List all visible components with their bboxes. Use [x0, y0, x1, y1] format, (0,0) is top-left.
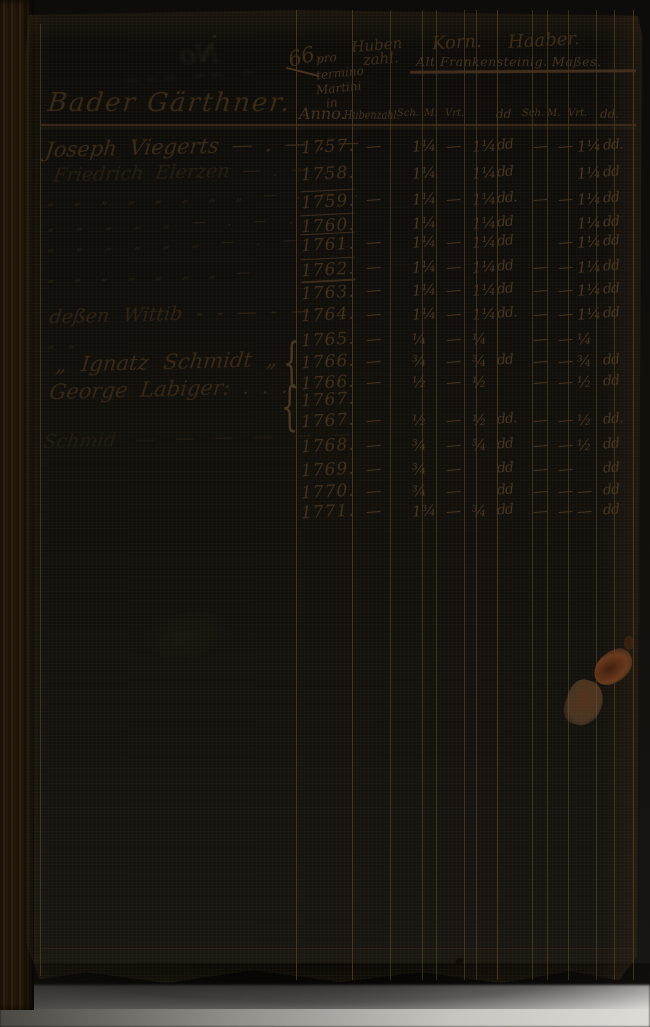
ledger-cell: — — [557, 351, 573, 370]
ledger-cell: ½ — [411, 411, 427, 430]
subcolumn-header: Sch. — [397, 108, 419, 119]
ledger-cell: — — [365, 351, 381, 370]
ledger-cell: dd — [496, 435, 513, 452]
ledger-cell: dd — [602, 280, 619, 297]
ledger-cell: dd — [496, 280, 513, 297]
ledger-cell: ¼ — [576, 330, 592, 349]
ledger-cell: dd — [496, 501, 513, 518]
ledger-cell: — — [557, 459, 573, 478]
ledger-cell: — — [365, 410, 381, 429]
year-value: 1767. — [301, 389, 356, 412]
table-row: 1769.—¾—dd——dd — [0, 460, 650, 484]
ledger-cell: — — [576, 501, 592, 520]
ledger-cell: ¾ — [411, 460, 427, 479]
ledger-cell: ¾ — [471, 436, 487, 455]
ledger-cell: 1¼ — [471, 304, 496, 324]
ledger-cell: — — [445, 136, 461, 155]
ledger-cell: — — [532, 459, 548, 478]
ledger-cell: — — [557, 410, 573, 429]
page-content: No ~ ~~ ~~~ 66. proterminoMartiniin Hube… — [0, 0, 650, 1027]
ledger-cell: dd — [496, 232, 513, 249]
ledger-cell: — — [445, 501, 461, 520]
term-note-line: Martini — [315, 80, 361, 97]
ledger-cell: — — [365, 257, 381, 276]
ledger-cell: 1¼ — [471, 163, 496, 183]
ledger-cell: — — [365, 435, 381, 454]
ledger-cell: — — [365, 329, 381, 348]
ledger-cell: 1¾ — [411, 501, 436, 521]
haaber-column-header: Haaber. — [507, 28, 580, 53]
year-value: 1771. — [301, 501, 356, 524]
ledger-cell: 1¼ — [411, 280, 436, 300]
ledger-cell: 1¼ — [471, 232, 496, 252]
ledger-cell: ¾ — [471, 502, 487, 521]
ledger-cell: — — [532, 501, 548, 520]
ledger-cell: — — [532, 481, 548, 500]
ledger-cell: 1¼ — [576, 257, 601, 277]
ledger-cell: 1¼ — [411, 304, 436, 324]
ledger-cell: — — [532, 280, 548, 299]
ink-speck — [213, 35, 216, 38]
ledger-cell: dd. — [496, 410, 516, 427]
ledger-cell: 1¼ — [411, 232, 436, 252]
ledger-cell: — — [532, 257, 548, 276]
ledger-cell: — — [532, 410, 548, 429]
bottom-rule — [40, 948, 632, 949]
table-row: 1763.—1¼—1¼dd——1¼dd — [0, 281, 650, 305]
ledger-cell: dd — [602, 459, 619, 476]
ledger-cell: 1¼ — [411, 163, 436, 183]
ledger-cell: 1¼ — [576, 136, 601, 156]
korn-column-header: Korn. — [431, 31, 482, 55]
ledger-cell: — — [557, 304, 573, 323]
subcolumn-header: Vrt. — [568, 108, 587, 119]
ledger-cell: — — [365, 459, 381, 478]
ledger-cell: — — [557, 329, 573, 348]
ledger-cell: dd — [496, 213, 513, 230]
ledger-cell: — — [532, 189, 548, 208]
ledger-cell: dd. — [602, 136, 622, 153]
ledger-cell: — — [445, 232, 461, 251]
ledger-cell: dd — [602, 501, 619, 518]
ledger-cell: dd — [496, 481, 513, 498]
ledger-cell: ¼ — [471, 330, 487, 349]
ledger-cell: ¼ — [411, 330, 427, 349]
ledger-cell: — — [557, 257, 573, 276]
ledger-cell: dd. — [496, 189, 516, 206]
ledger-cell: 1¼ — [576, 213, 601, 233]
ledger-cell: dd — [496, 351, 513, 368]
name-entry: „ „ — [47, 336, 76, 352]
ledger-cell: 1¼ — [471, 213, 496, 233]
ledger-cell: — — [365, 136, 381, 155]
ledger-cell: ¾ — [411, 436, 427, 455]
ledger-cell: — — [445, 257, 461, 276]
ledger-photo-scene: No ~ ~~ ~~~ 66. proterminoMartiniin Hube… — [0, 0, 650, 1027]
ledger-cell: — — [557, 280, 573, 299]
ledger-cell: — — [365, 501, 381, 520]
ledger-cell: dd — [602, 257, 619, 274]
ledger-cell: — — [557, 481, 573, 500]
ledger-cell: — — [365, 189, 381, 208]
ledger-cell: — — [532, 329, 548, 348]
ledger-cell: ¾ — [576, 352, 592, 371]
ledger-cell: — — [532, 372, 548, 391]
ledger-cell: — — [532, 136, 548, 155]
ledger-cell: — — [445, 351, 461, 370]
ledger-cell: dd — [602, 189, 619, 206]
ledger-cell: ½ — [576, 411, 592, 430]
ledger-cell: ½ — [576, 436, 592, 455]
ledger-cell: dd — [496, 136, 513, 153]
ledger-cell: 1¼ — [576, 232, 601, 252]
ledger-cell: ¾ — [411, 352, 427, 371]
subcolumn-header: Sch. — [522, 108, 544, 119]
ledger-cell: — — [557, 189, 573, 208]
ledger-cell: — — [365, 232, 381, 251]
subcolumn-header: M. — [424, 108, 437, 119]
ledger-cell: — — [557, 372, 573, 391]
ledger-cell: 1¼ — [471, 136, 496, 156]
ledger-cell: 1¼ — [576, 163, 601, 183]
ledger-cell: dd — [602, 435, 619, 452]
ledger-cell: — — [445, 435, 461, 454]
huben-zahl-header: Huben zahl. — [351, 36, 404, 69]
ledger-cell: dd — [496, 459, 513, 476]
ledger-cell: dd — [602, 163, 619, 180]
ledger-cell: ½ — [471, 411, 487, 430]
ledger-cell: 1¼ — [411, 213, 436, 233]
ledger-cell: 1¼ — [471, 257, 496, 277]
header-underline — [410, 69, 636, 74]
ledger-cell: 1¼ — [576, 280, 601, 300]
ledger-cell: dd — [496, 257, 513, 274]
ledger-cell: ¾ — [411, 482, 427, 501]
subcolumn-header: M. — [547, 108, 560, 119]
ledger-cell: 1¼ — [471, 280, 496, 300]
ledger-cell: 1¼ — [411, 136, 436, 156]
subcolumn-header: Vrt. — [445, 108, 464, 119]
table-row: 1765.—¼—¼——¼ — [0, 330, 650, 354]
measure-note: Alt Frankensteinig. Maßes. — [416, 54, 601, 69]
ledger-cell: — — [557, 136, 573, 155]
ledger-cell: ½ — [576, 373, 592, 392]
ledger-cell: — — [445, 459, 461, 478]
ledger-cell: 1¼ — [471, 189, 496, 209]
ledger-cell: 1¼ — [411, 189, 436, 209]
ledger-cell: dd — [602, 351, 619, 368]
table-row: 1771.—1¾—¾dd———dd — [0, 502, 650, 526]
ledger-cell: — — [445, 304, 461, 323]
ledger-cell: 1¼ — [411, 257, 436, 277]
ledger-cell: — — [557, 435, 573, 454]
year-value: 1769. — [301, 459, 356, 482]
ledger-cell: dd — [602, 232, 619, 249]
ledger-cell: dd — [602, 481, 619, 498]
ledger-cell: — — [365, 372, 381, 391]
ledger-cell: — — [445, 481, 461, 500]
subcolumn-header: dd — [496, 107, 511, 121]
ledger-cell: ½ — [411, 373, 427, 392]
ledger-cell: 1¼ — [576, 304, 601, 324]
ledger-cell: — — [557, 501, 573, 520]
ledger-cell: — — [532, 435, 548, 454]
ledger-cell: 1¼ — [576, 189, 601, 209]
ledger-cell: dd — [602, 372, 619, 389]
year-value: 1765. — [301, 329, 356, 352]
term-note-line: pro — [315, 51, 337, 65]
ink-stain — [624, 636, 634, 650]
ledger-cell: dd. — [602, 410, 622, 427]
subcolumn-header: dd. — [600, 107, 619, 121]
ledger-cell: — — [576, 481, 592, 500]
ledger-cell: — — [532, 351, 548, 370]
subcolumn-header: Anno. — [299, 104, 346, 123]
ledger-cell: — — [557, 232, 573, 251]
ledger-cell: — — [445, 189, 461, 208]
ledger-cell: ¾ — [471, 352, 487, 371]
ledger-cell: — — [445, 329, 461, 348]
ledger-cell: — — [532, 304, 548, 323]
year-value: 1766. — [301, 351, 356, 374]
subcolumn-header: Hubenzahl. — [344, 108, 400, 122]
ledger-cell: dd — [496, 163, 513, 180]
ledger-cell: dd — [602, 213, 619, 230]
ledger-cell: — — [365, 481, 381, 500]
ledger-cell: — — [365, 280, 381, 299]
ledger-cell: ½ — [471, 373, 487, 392]
section-title: Bader Gärthner. — [46, 88, 292, 118]
ledger-cell: — — [365, 304, 381, 323]
year-value: 1762. — [300, 257, 355, 283]
ledger-cell: — — [445, 410, 461, 429]
ledger-cell: — — [445, 280, 461, 299]
grouping-brace: { — [281, 377, 298, 438]
smudge-mark — [135, 601, 235, 675]
title-underline — [40, 124, 636, 126]
ledger-cell: dd. — [496, 304, 516, 321]
ledger-cell: — — [445, 372, 461, 391]
ledger-cell: dd — [602, 304, 619, 321]
